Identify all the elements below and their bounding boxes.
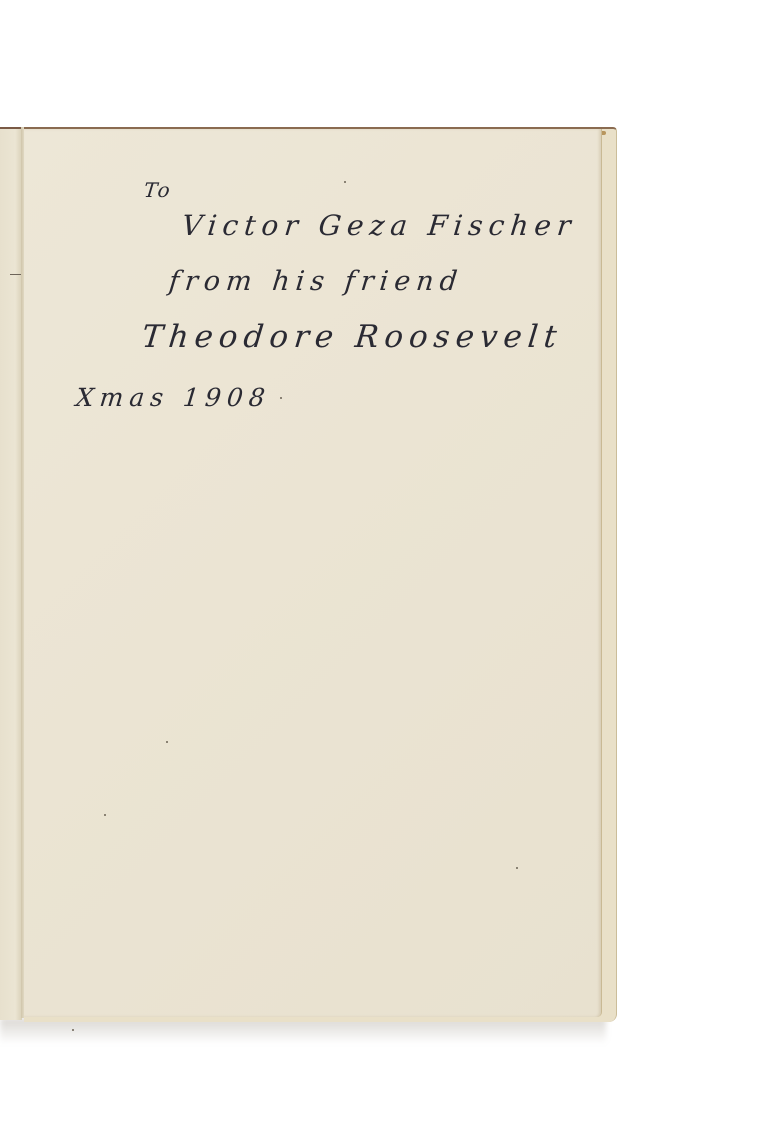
paper-speck <box>72 1029 74 1031</box>
handwritten-inscription: To Victor Geza Fischer from his friend T… <box>24 129 601 1017</box>
inscription-date: Xmas 1908 <box>74 383 272 412</box>
inscription-signature: Theodore Roosevelt <box>140 319 564 355</box>
paper-speck <box>344 181 346 183</box>
inscription-line-recipient: Victor Geza Fischer <box>180 209 578 242</box>
paper-speck <box>516 867 518 869</box>
paper-speck <box>280 397 282 399</box>
left-page-edge <box>0 127 22 1020</box>
open-book: To Victor Geza Fischer from his friend T… <box>0 127 616 1021</box>
inscription-line-from: from his friend <box>167 266 464 297</box>
inscription-line-to: To <box>143 178 173 202</box>
endpaper-page: To Victor Geza Fischer from his friend T… <box>24 129 602 1017</box>
paper-speck <box>104 814 106 816</box>
paper-speck <box>166 741 168 743</box>
